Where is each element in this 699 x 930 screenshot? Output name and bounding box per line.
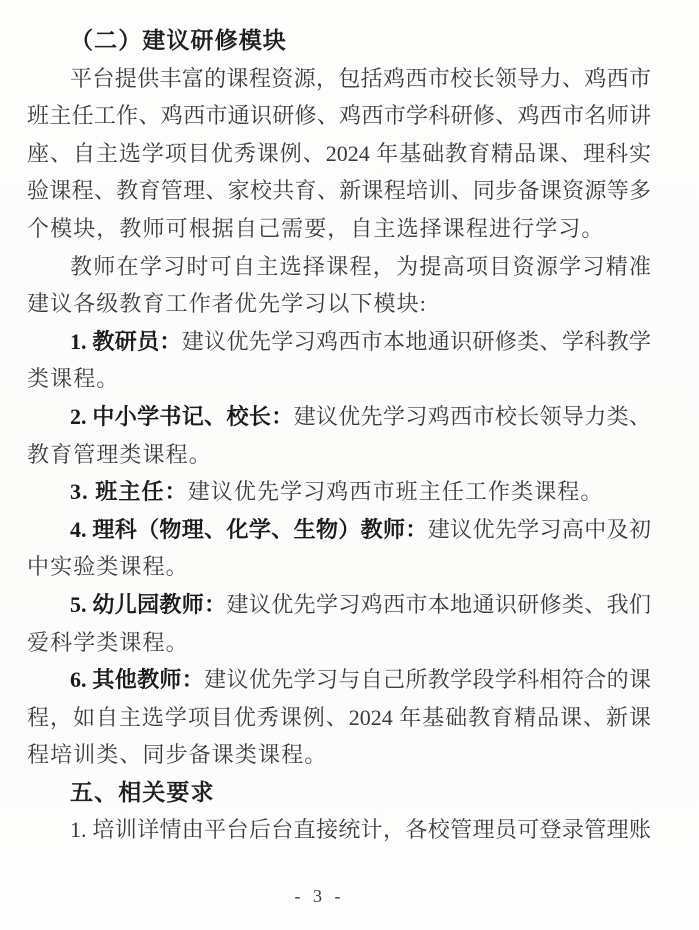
body-text: 建议优先学习鸡西市校长领导力类、 [294,404,651,429]
document-page: （二）建议研修模块平台提供丰富的课程资源，包括鸡西市校长领导力、鸡西市班主任工作… [0,0,699,930]
text-line: 3. 班主任：建议优先学习鸡西市班主任工作类课程。 [27,473,651,511]
text-line: 类课程。 [27,360,651,398]
bold-text: 4. 理科（物理、化学、生物）教师： [70,517,428,542]
text-line: 建议各级教育工作者优先学习以下模块: [27,285,651,323]
bold-text: 3. 班主任： [70,479,188,504]
text-line: 中实验类课程。 [27,548,651,586]
bold-text: 五、相关要求 [70,780,215,805]
body-text: 程，如自主选学项目优秀课例、2024 年基础教育精品课、新课 [27,705,651,730]
text-line: 程培训类、同步备课类课程。 [27,736,651,774]
text-line: 教育管理类课程。 [27,436,651,474]
body-text: 建议优先学习高中及初 [428,517,651,542]
page-number: - 3 - [295,886,345,906]
bold-text: 5. 幼儿园教师： [70,592,227,617]
body-text: 验课程、教育管理、家校共育、新课程培训、同步备课资源等多 [27,178,651,203]
text-line: 程，如自主选学项目优秀课例、2024 年基础教育精品课、新课 [27,699,651,737]
bold-text: （二）建议研修模块 [70,28,287,53]
body-text: 个模块，教师可根据自己需要，自主选择课程进行学习。 [27,216,605,241]
text-line: 1. 教研员：建议优先学习鸡西市本地通识研修类、学科教学 [27,323,651,361]
text-line: 2. 中小学书记、校长：建议优先学习鸡西市校长领导力类、 [27,398,651,436]
body-text: 建议优先学习鸡西市本地通识研修类、学科教学 [182,329,651,354]
section-heading: 五、相关要求 [27,774,651,812]
body-text: 类课程。 [27,366,119,391]
bold-text: 1. 教研员： [70,329,182,354]
body-text: 教师在学习时可自主选择课程，为提高项目资源学习精准度， [70,254,651,286]
text-line: 爱科学类课程。 [27,624,651,662]
body-text: 座、自主选学项目优秀课例、2024 年基础教育精品课、理科实 [27,141,651,166]
text-line: 班主任工作、鸡西市通识研修、鸡西市学科研修、鸡西市名师讲 [27,97,651,135]
body-text: 建议各级教育工作者优先学习以下模块: [27,291,427,316]
bold-text: 2. 中小学书记、校长： [70,404,294,429]
text-line: 验课程、教育管理、家校共育、新课程培训、同步备课资源等多 [27,172,651,210]
body-text: 建议优先学习与自己所教学段学科相符合的课 [204,667,651,692]
text-line: 5. 幼儿园教师：建议优先学习鸡西市本地通识研修类、我们 [27,586,651,624]
body-text: 平台提供丰富的课程资源，包括鸡西市校长领导力、鸡西市 [70,66,651,91]
body-text: 中实验类课程。 [27,554,189,579]
text-line: 1. 培训详情由平台后台直接统计，各校管理员可登录管理账 [27,811,651,849]
body-text: 程培训类、同步备课类课程。 [27,742,327,767]
text-line: 平台提供丰富的课程资源，包括鸡西市校长领导力、鸡西市 [27,60,651,98]
text-line: 6. 其他教师：建议优先学习与自己所教学段学科相符合的课 [27,661,651,699]
text-line: 4. 理科（物理、化学、生物）教师：建议优先学习高中及初 [27,511,651,549]
page-footer: - 3 - [0,886,669,907]
text-line: 教师在学习时可自主选择课程，为提高项目资源学习精准度， [27,248,651,286]
text-line: 个模块，教师可根据自己需要，自主选择课程进行学习。 [27,210,651,248]
document-content: （二）建议研修模块平台提供丰富的课程资源，包括鸡西市校长领导力、鸡西市班主任工作… [27,22,651,849]
bold-text: 6. 其他教师： [70,667,204,692]
body-text: 班主任工作、鸡西市通识研修、鸡西市学科研修、鸡西市名师讲 [27,103,651,128]
body-text: 爱科学类课程。 [27,630,189,655]
body-text: 1. 培训详情由平台后台直接统计，各校管理员可登录管理账 [70,817,651,842]
body-text: 教育管理类课程。 [27,442,212,467]
body-text: 建议优先学习鸡西市班主任工作类课程。 [188,479,604,504]
text-line: 座、自主选学项目优秀课例、2024 年基础教育精品课、理科实 [27,135,651,173]
section-heading: （二）建议研修模块 [27,22,651,60]
body-text: 建议优先学习鸡西市本地通识研修类、我们 [227,592,651,617]
